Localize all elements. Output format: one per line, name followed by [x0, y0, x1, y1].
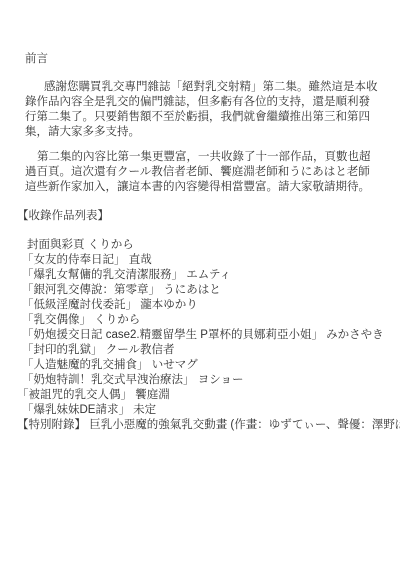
works-list-header: 【收錄作品列表】 — [17, 209, 396, 224]
work-item: 「人造魅魔的乳交捕食」 いせマグ — [17, 358, 396, 373]
page-title: 前言 — [17, 52, 396, 67]
work-item: 「銀河乳交傳說：第零章」 うにあはと — [17, 283, 396, 298]
preface-paragraph-1: 感謝您購買乳交專門雜誌「絕對乳交射精」第二集。雖然這是本收 錄作品內容全是乳交的… — [17, 80, 396, 140]
works-list: 封面與彩頁 くりから「女友的侍奉日記」 直哉「爆乳女幫傭的乳交清潔服務」 エムテ… — [17, 238, 396, 433]
work-item: 「爆乳妹妹DE請求」 未定 — [17, 403, 396, 418]
work-item: 封面與彩頁 くりから — [17, 238, 396, 253]
work-item: 「被詛咒的乳交人偶」 饗庭淵 — [17, 388, 396, 403]
work-item: 【特別附錄】 巨乳小惡魔的強氣乳交動畫 (作畫：ゆずてぃー、聲優：澤野ぽぷら) — [17, 418, 396, 433]
preface-page: 前言 感謝您購買乳交專門雜誌「絕對乳交射精」第二集。雖然這是本收 錄作品內容全是… — [0, 0, 400, 565]
page-content: 前言 感謝您購買乳交專門雜誌「絕對乳交射精」第二集。雖然這是本收 錄作品內容全是… — [17, 52, 396, 433]
work-item: 「封印的乳獄」 クール教信者 — [17, 343, 396, 358]
work-item: 「低級淫魔討伐委託」 瀧本ゆかり — [17, 298, 396, 313]
work-item: 「女友的侍奉日記」 直哉 — [17, 253, 396, 268]
work-item: 「奶炮援交日記 case2.精靈留學生 P罩杯的貝娜莉亞小姐」 みかさやき — [17, 328, 396, 343]
preface-paragraph-2: 第二集的內容比第一集更豐富，一共收錄了十一部作品，頁數也超 過百頁。這次還有クー… — [17, 150, 396, 195]
work-item: 「爆乳女幫傭的乳交清潔服務」 エムティ — [17, 268, 396, 283]
work-item: 「奶炮特訓！乳交式早洩治療法」 ヨショー — [17, 373, 396, 388]
work-item: 「乳交偶像」 くりから — [17, 313, 396, 328]
